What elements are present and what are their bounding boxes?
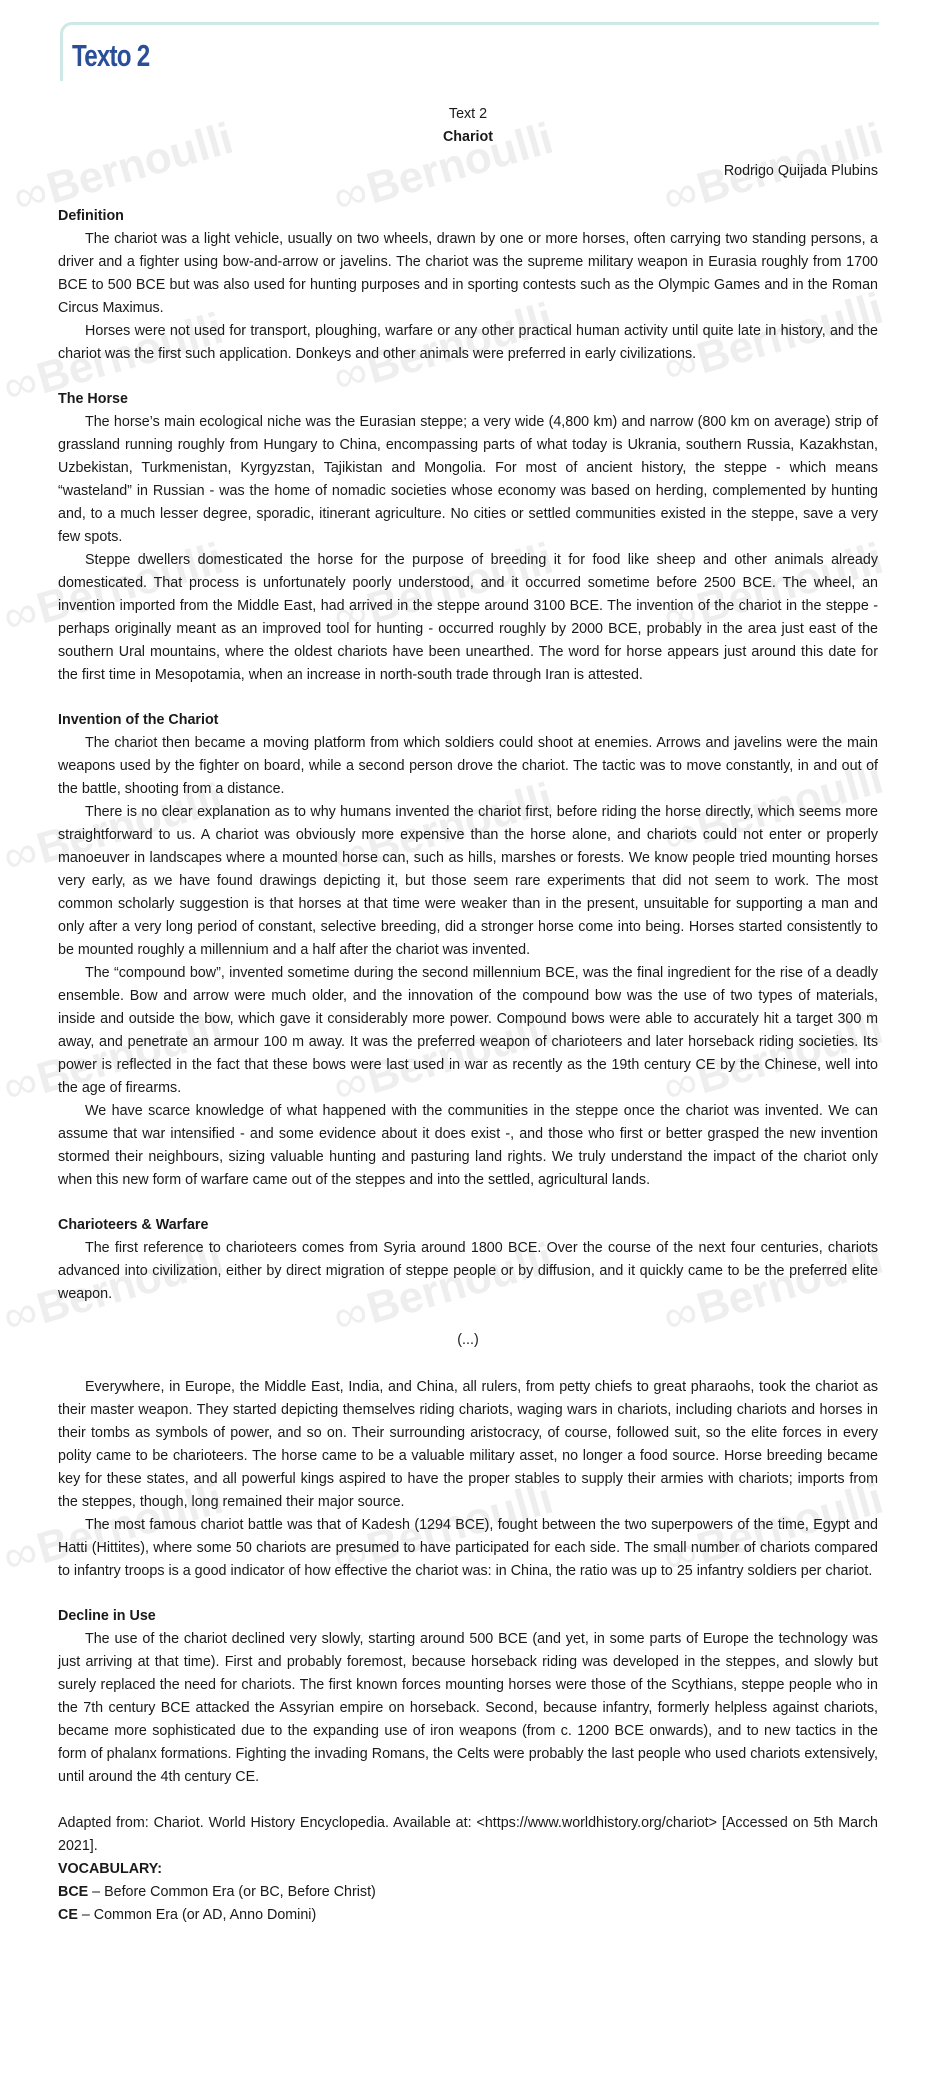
vocabulary-item: CE – Common Era (or AD, Anno Domini) <box>58 1904 878 1927</box>
infinity-icon: ∞ <box>7 164 53 223</box>
section-heading: Invention of the Chariot <box>58 709 878 732</box>
paragraph: There is no clear explanation as to why … <box>58 801 878 962</box>
paragraph: We have scarce knowledge of what happene… <box>58 1100 878 1192</box>
paragraph: The chariot then became a moving platfor… <box>58 732 878 801</box>
section-heading: Charioteers & Warfare <box>58 1214 878 1237</box>
document-title: Chariot <box>58 126 878 149</box>
infinity-icon: ∞ <box>0 1284 43 1343</box>
infinity-icon: ∞ <box>0 1054 43 1113</box>
paragraph: Steppe dwellers domesticated the horse f… <box>58 549 878 687</box>
infinity-icon: ∞ <box>0 1524 43 1583</box>
omission-marker: (...) <box>58 1329 878 1352</box>
vocabulary-term: BCE <box>58 1884 88 1900</box>
author: Rodrigo Quijada Plubins <box>58 160 878 183</box>
header-frame <box>60 22 879 81</box>
paragraph: The most famous chariot battle was that … <box>58 1514 878 1583</box>
section-definition: Definition The chariot was a light vehic… <box>58 205 878 366</box>
section-charioteers-warfare: Charioteers & Warfare The first referenc… <box>58 1214 878 1583</box>
section-the-horse: The Horse The horse’s main ecological ni… <box>58 388 878 687</box>
infinity-icon: ∞ <box>0 584 43 643</box>
paragraph: The horse’s main ecological niche was th… <box>58 411 878 549</box>
section-title: Texto 2 <box>72 38 149 74</box>
section-heading: Decline in Use <box>58 1605 878 1628</box>
document-body: Text 2 Chariot Rodrigo Quijada Plubins D… <box>58 103 878 1927</box>
paragraph: The chariot was a light vehicle, usually… <box>58 228 878 320</box>
section-invention: Invention of the Chariot The chariot the… <box>58 709 878 1192</box>
section-heading: The Horse <box>58 388 878 411</box>
paragraph: The first reference to charioteers comes… <box>58 1237 878 1306</box>
paragraph: The use of the chariot declined very slo… <box>58 1628 878 1789</box>
infinity-icon: ∞ <box>0 824 43 883</box>
section-decline: Decline in Use The use of the chariot de… <box>58 1605 878 1789</box>
vocabulary-title: VOCABULARY: <box>58 1858 878 1881</box>
vocabulary-item: BCE – Before Common Era (or BC, Before C… <box>58 1881 878 1904</box>
document-label: Text 2 <box>58 103 878 126</box>
vocabulary-definition: – Common Era (or AD, Anno Domini) <box>78 1907 316 1923</box>
section-heading: Definition <box>58 205 878 228</box>
paragraph: Everywhere, in Europe, the Middle East, … <box>58 1376 878 1514</box>
paragraph: Horses were not used for transport, plou… <box>58 320 878 366</box>
infinity-icon: ∞ <box>0 354 43 413</box>
vocabulary-term: CE <box>58 1907 78 1923</box>
paragraph: The “compound bow”, invented sometime du… <box>58 962 878 1100</box>
vocabulary-definition: – Before Common Era (or BC, Before Chris… <box>88 1884 376 1900</box>
source-citation: Adapted from: Chariot. World History Enc… <box>58 1812 878 1858</box>
